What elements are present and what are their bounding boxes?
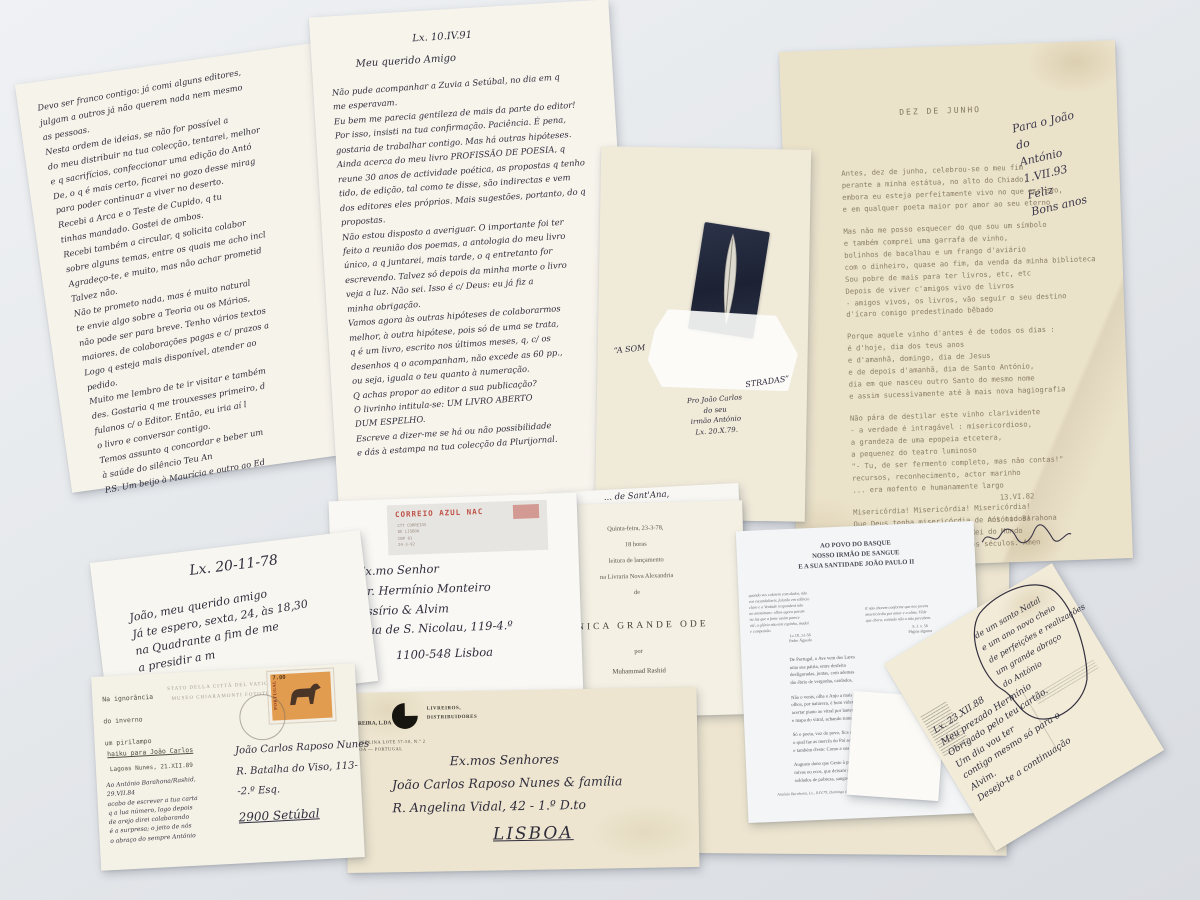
poem-stanza: Porque aquele vinho d'antes é de todos o… [847,323,1100,403]
feather-card: “A SOM STRADAS” Pro João Carlosdo seuirm… [595,146,811,522]
dog-illustration [283,678,327,712]
manifesto-title: AO POVO DO BASQUENOSSO IRMÃO DE SANGUEE … [736,535,975,576]
quote-fragment-left: “A SOM [613,343,645,355]
ferreira-address: Ex.mos SenhoresJoão Carlos Raposo Nunes … [391,746,622,819]
feather-caption: Pro João Carlosdo seuirmão AntónioLx. 20… [659,390,772,440]
ferreira-city: LISBOA [493,823,574,844]
text-line: Ex.mos Senhores [449,746,622,772]
ferreira-logo [391,702,419,730]
text-line: 2900 Setúbal [238,798,373,830]
letter-center: Lx. 10.IV.91 Meu querido Amigo Não pude … [309,0,639,523]
text-line: Na ignorância [102,686,154,711]
signature-scribble [978,522,1075,549]
manifesto-epigraph-left-source: Lc IX, 51-56Padre Águedo [770,631,830,644]
manifesto-epigraph-left: quando vos calarem com dados, nãovos esc… [748,589,848,635]
franking-box [513,504,539,519]
manifesto-stanza: De Portugal, o Ave vem dos Laresuma sua … [789,653,876,687]
text-line: João Carlos Raposo Nunes & família [392,769,623,796]
postcard-address: João Carlos Raposo NunesR. Batalha do Vi… [235,735,374,830]
franking-sub: CTT CORREIOSDE LISBOACBP 0124-3-92 [397,522,427,549]
postcard-vatican: Na ignorânciado invernoum pirilampo STAT… [91,663,365,871]
ferreira-company-right: LIVREIROS,DISTRIBUIDORES [427,705,478,723]
poem-stanza: Não pára de destilar este vinho clarivid… [850,404,1104,496]
franking-mark: CORREIO AZUL NAC CTT CORREIOSDE LISBOACB… [387,500,549,556]
poem-title: DEZ DE JUNHO [899,105,981,117]
text-line: DISTRIBUIDORES [427,713,478,722]
typed-subline: Lagoas Nunes, 21.XII.89 [110,762,193,773]
envelope-ferreira: FERREIRA, L.DA LIVREIROS,DISTRIBUIDORES … [344,687,699,873]
poem-sheet: DEZ DE JUNHO Para o JoãodoAntónio1.VII.9… [779,40,1133,569]
postcard-hand-note: Ao António Barahona/Rashid,29.VII.84acab… [106,775,201,846]
text-line: 1100-548 Lisboa [396,642,514,666]
letter-date: Lx. 10.IV.91 [412,30,472,45]
text-line: Rua de S. Nicolau, 119-4.º [359,616,513,641]
poem-stanza: Mas não me posso esquecer do que sou um … [843,217,1097,321]
letter-salutation: Meu querido Amigo [355,53,456,70]
note-body: João, meu querido amigoJá te espero, sex… [128,579,315,677]
poem-body: Antes, dez de junho, celebrou-se o meu f… [841,159,1105,554]
note-date: Lx. 20-11-78 [188,552,278,579]
franking-main: CORREIO AZUL NAC [395,507,484,519]
text-line: 24-3-92 [398,541,427,548]
text-line: do inverno [103,708,155,733]
poem-date: 13.VI.82 [1000,491,1035,501]
haiku-typed: Na ignorânciado invernoum pirilampo [102,686,156,755]
herminio-address: Ex.mo SenhorDr. Hermínio MonteiroAssírio… [357,557,514,667]
letter-center-body: Não pude acompanhar a Zuvia a Setúbal, n… [331,66,633,460]
text-line: R. Angelina Vidal, 42 - 1.º D.to [392,792,623,819]
poem-stanza: Antes, dez de junho, celebrou-se o meu f… [841,159,1094,216]
